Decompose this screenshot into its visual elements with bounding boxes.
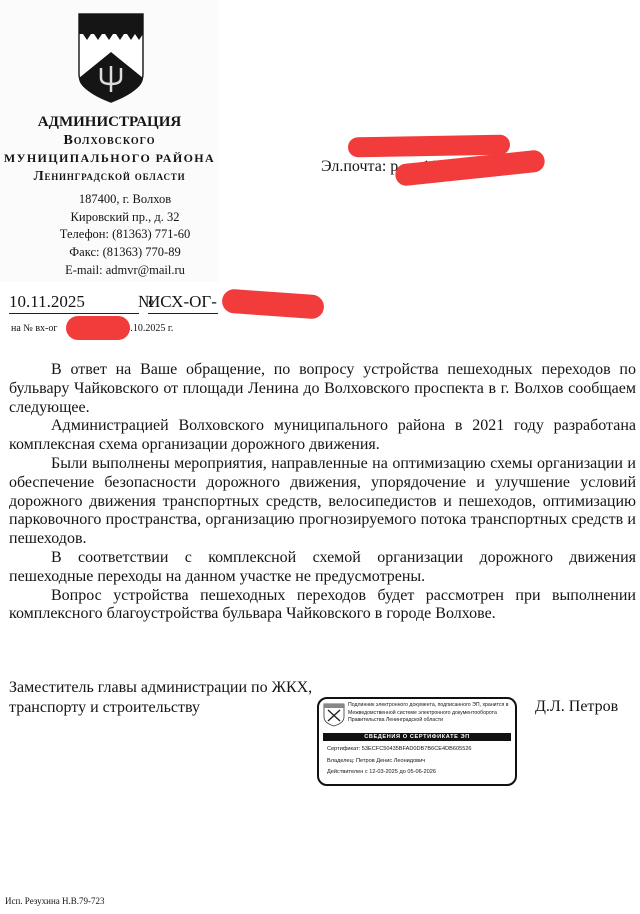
recipient-email-label: Эл.почта: р — [321, 158, 398, 175]
redaction-mark — [221, 288, 324, 319]
org-address: 187400, г. Волхов — [0, 190, 250, 208]
stamp-certificate: Сертификат: 53ECFC50435BFAD0DB7B6CE4DB60… — [327, 746, 472, 752]
org-name-line-1: АДМИНИСТРАЦИЯ — [0, 114, 219, 131]
signatory-title-line: Заместитель главы администрации по ЖКХ, — [9, 678, 312, 698]
stamp-validity: Действителен с 12-03-2025 до 05-06-2026 — [327, 769, 436, 775]
leningrad-region-emblem-icon — [323, 703, 345, 727]
org-name-line-3: МУНИЦИПАЛЬНОГО РАЙОНА — [0, 151, 219, 166]
org-email: E-mail: admvr@mail.ru — [0, 261, 250, 279]
body-paragraph: В ответ на Ваше обращение, по вопросу ус… — [9, 361, 636, 417]
body-paragraph: Администрацией Волховского муниципальног… — [9, 417, 636, 455]
org-name-line-4: Ленинградской области — [0, 168, 219, 184]
signatory-title-line: транспорту и строительству — [9, 698, 312, 718]
executor-note: Исп. Резухина Н.В.79-723 — [5, 896, 105, 906]
org-name-line-2: Волховского — [0, 133, 219, 149]
outgoing-number: ИСХ-ОГ- — [148, 292, 218, 314]
coat-of-arms-icon — [77, 12, 145, 104]
letter-date: 10.11.2025 — [9, 292, 139, 314]
signatory-title: Заместитель главы администрации по ЖКХ, … — [9, 678, 312, 718]
redaction-mark — [348, 135, 510, 158]
org-street: Кировский пр., д. 32 — [0, 208, 250, 226]
body-paragraph: Были выполнены мероприятия, направленные… — [9, 455, 636, 549]
signatory-name: Д.Л. Петров — [535, 698, 618, 716]
stamp-certificate-header: СВЕДЕНИЯ О СЕРТИФИКАТЕ ЭП — [323, 733, 511, 741]
body-paragraph: Вопрос устройства пешеходных переходов б… — [9, 587, 636, 625]
letter-body: В ответ на Ваше обращение, по вопросу ус… — [9, 361, 636, 624]
reference-prefix: на № вх-ог — [11, 323, 57, 334]
redaction-mark — [66, 316, 130, 340]
org-phone: Телефон: (81363) 771-60 — [0, 225, 250, 243]
stamp-note: Подлинник электронного документа, подпис… — [348, 702, 516, 725]
e-signature-stamp: Подлинник электронного документа, подпис… — [317, 697, 517, 786]
body-paragraph: В соответствии с комплексной схемой орга… — [9, 549, 636, 587]
org-fax: Факс: (81363) 770-89 — [0, 243, 250, 261]
stamp-owner: Владелец: Петров Денис Леонидович — [327, 758, 425, 764]
